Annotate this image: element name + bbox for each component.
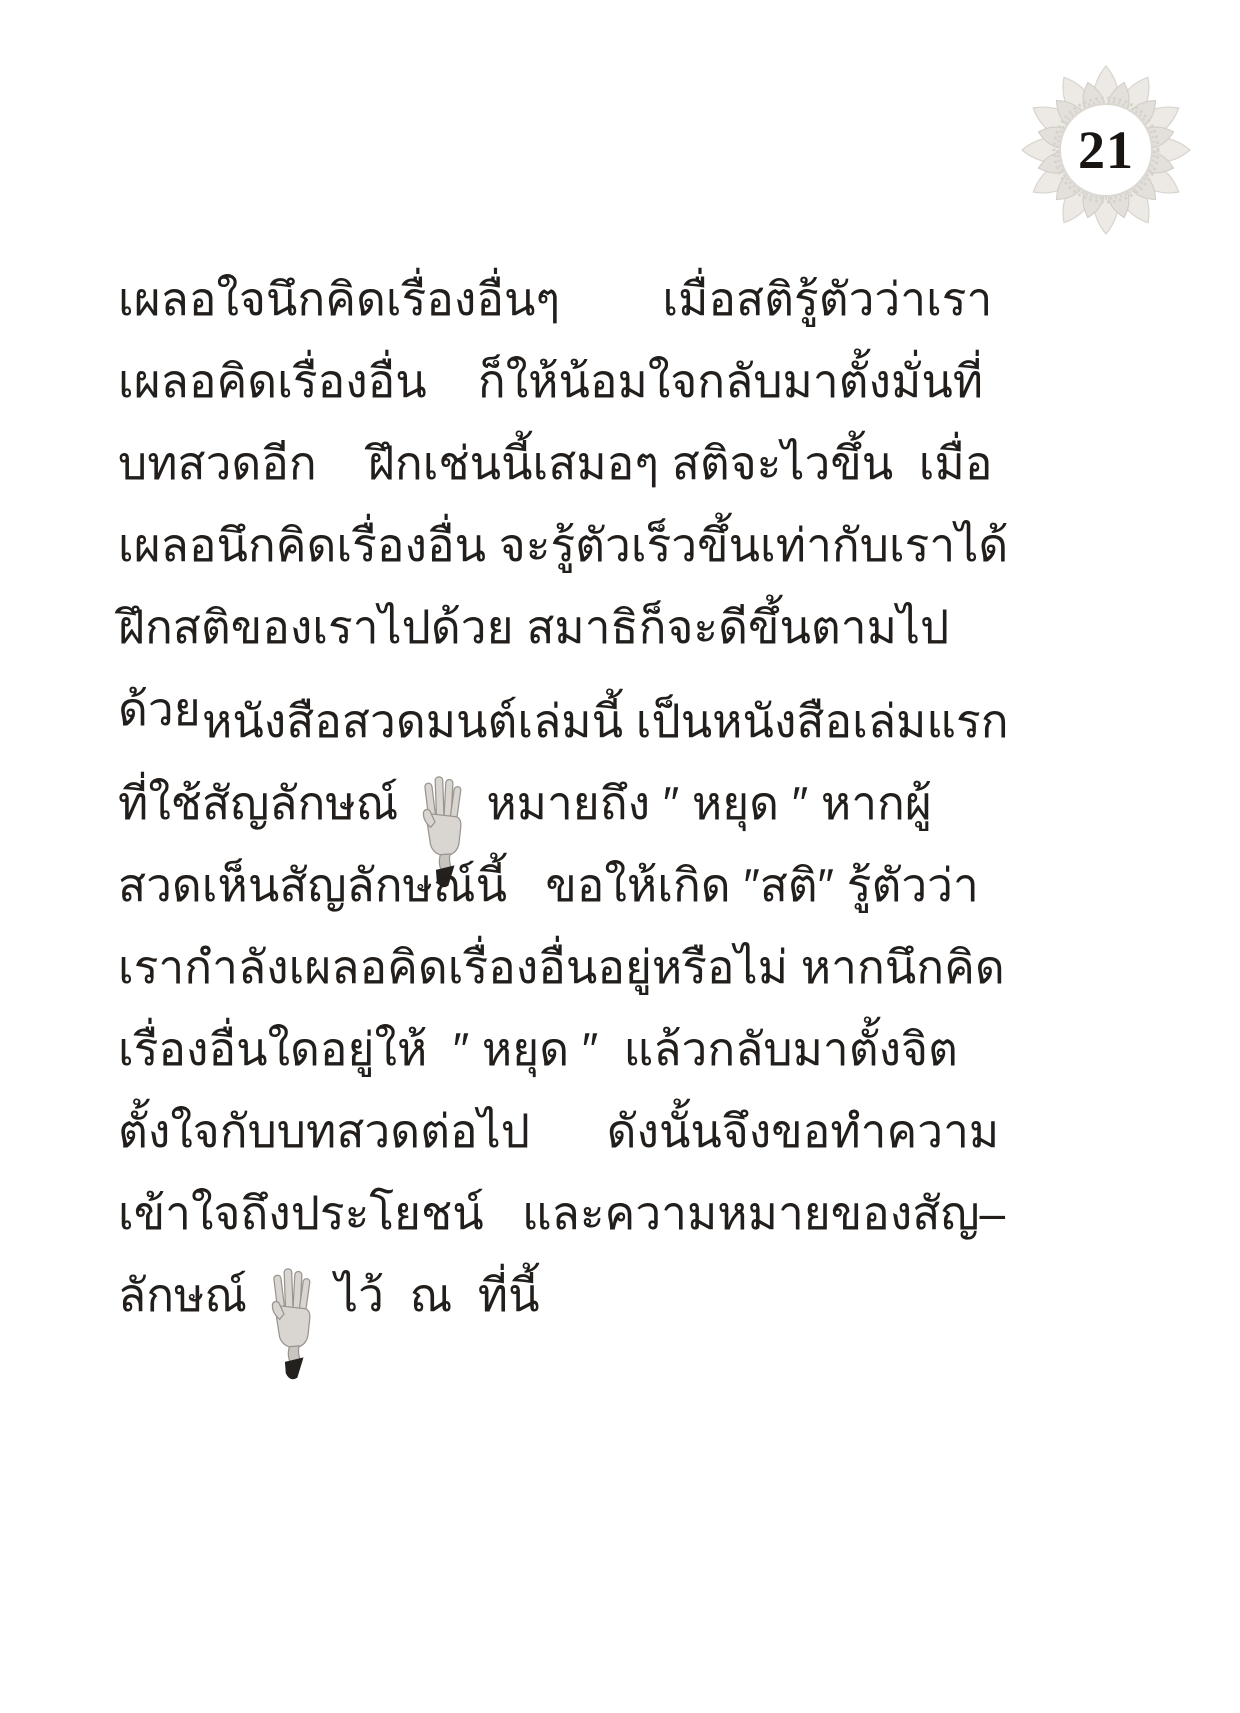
text-line: เรากำลังเผลอคิดเรื่องอื่นอยู่หรือไม่ หาก… <box>118 926 1023 1008</box>
text-line: หนังสือสวดมนต์เล่มนี้ เป็นหนังสือเล่มแรก <box>118 680 1023 762</box>
text-segment: ไว้ ณ ที่นี้ <box>335 1269 540 1321</box>
text-segment: ลักษณ์ <box>118 1269 247 1321</box>
text-line: ลักษณ์ ไว้ ณ ที่นี้ <box>118 1254 1023 1336</box>
text-line: ที่ใช้สัญลักษณ์ หมายถึง ″ หยุด ″ หากผู้ <box>118 762 1023 844</box>
text-line: บทสวดอีก ฝึกเช่นนี้เสมอๆ สติจะไวขึ้น เมื… <box>118 422 1023 504</box>
text-line: เรื่องอื่นใดอยู่ให้ ″ หยุด ″ แล้วกลับมาต… <box>118 1008 1023 1090</box>
stop-hand-icon <box>261 1263 323 1381</box>
book-page: 21 เผลอใจนึกคิดเรื่องอื่นๆ เมื่อสติรู้ตั… <box>0 0 1240 1713</box>
page-number-badge: 21 <box>1018 62 1194 238</box>
text-line: เผลอคิดเรื่องอื่น ก็ให้น้อมใจกลับมาตั้งม… <box>118 340 1023 422</box>
page-number: 21 <box>1018 62 1194 238</box>
text-line: สวดเห็นสัญลักษณ์นี้ ขอให้เกิด ″สติ″ รู้ต… <box>118 844 1023 926</box>
text-line: ตั้งใจกับบทสวดต่อไป ดังนั้นจึงขอทำความ <box>118 1090 1023 1172</box>
body-text: เผลอใจนึกคิดเรื่องอื่นๆ เมื่อสติรู้ตัวว่… <box>118 258 1023 1336</box>
text-line: เข้าใจถึงประโยชน์ และความหมายของสัญ– <box>118 1172 1023 1254</box>
text-line: ฝึกสติของเราไปด้วย สมาธิก็จะดีขึ้นตามไปด… <box>118 586 1023 668</box>
text-segment: หมายถึง ″ หยุด ″ หากผู้ <box>486 777 932 829</box>
text-line: เผลอนึกคิดเรื่องอื่น จะรู้ตัวเร็วขึ้นเท่… <box>118 504 1023 586</box>
text-segment: ที่ใช้สัญลักษณ์ <box>118 777 398 829</box>
text-line: เผลอใจนึกคิดเรื่องอื่นๆ เมื่อสติรู้ตัวว่… <box>118 258 1023 340</box>
